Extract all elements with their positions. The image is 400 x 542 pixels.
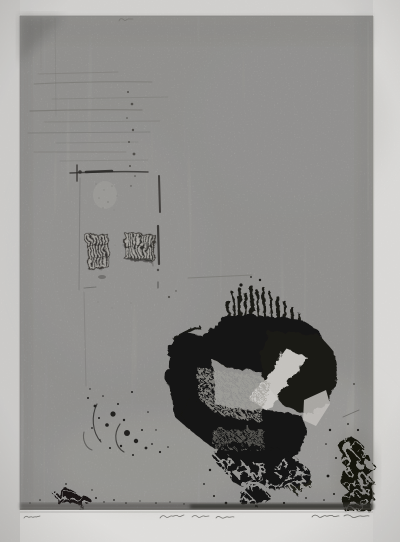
- etching-artwork: [0, 0, 400, 542]
- photo-of-etching-print: [0, 0, 400, 542]
- photo-grain: [0, 0, 400, 542]
